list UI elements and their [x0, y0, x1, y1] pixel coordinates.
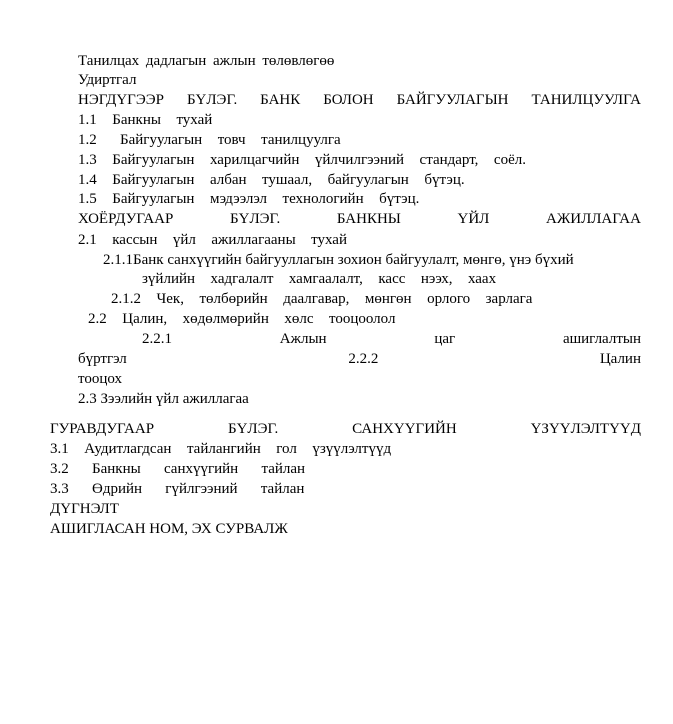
toc-item-1-2: 1.2 Байгуулагын товч танилцуулга: [78, 130, 341, 150]
toc-item-2-3: 2.3 Зээлийн үйл ажиллагаа: [78, 389, 249, 409]
toc-item-1-4: 1.4 Байгуулагын албан тушаал, байгуулагы…: [78, 170, 465, 190]
toc-item-2-1: 2.1 кассын үйл ажиллагааны тухай: [78, 230, 347, 250]
toc-item-2-2-2-continued: тооцох: [78, 369, 122, 389]
chapter3-heading: ГУРАВДУГААР БҮЛЭГ. САНХҮҮГИЙН ҮЗҮҮЛЭЛТҮҮ…: [50, 419, 641, 439]
toc-item-1-1: 1.1 Банкны тухай: [78, 110, 212, 130]
toc-item-3-3: 3.3 Өдрийн гүйлгээний тайлан: [50, 479, 304, 499]
toc-item-3-1: 3.1 Аудитлагдсан тайлангийн гол үзүүлэлт…: [50, 439, 391, 459]
chapter2-heading: ХОЁРДУГААР БҮЛЭГ. БАНКНЫ ҮЙЛ АЖИЛЛАГАА: [78, 209, 641, 229]
chapter1-heading: НЭГДҮГЭЭР БҮЛЭГ. БАНК БОЛОН БАЙГУУЛАГЫН …: [78, 90, 641, 110]
toc-item-2-1-2: 2.1.2 Чек, төлбөрийн даалгавар, мөнгөн о…: [111, 289, 532, 309]
conclusion-heading: ДҮГНЭЛТ: [50, 499, 119, 519]
toc-item-2-2-1: 2.2.1 Ажлын цаг ашиглалтын: [142, 329, 641, 349]
document-title: Танилцах дадлагын ажлын төлөвлөгөө: [78, 51, 334, 71]
introduction-heading: Удиртгал: [78, 70, 136, 90]
toc-item-2-1-1-continued: зүйлийн хадгалалт хамгаалалт, касс нээх,…: [142, 269, 496, 289]
toc-item-1-5: 1.5 Байгуулагын мэдээлэл технологийн бүт…: [78, 189, 419, 209]
references-heading: АШИГЛАСАН НОМ, ЭХ СУРВАЛЖ: [50, 519, 288, 539]
toc-item-3-2: 3.2 Банкны санхүүгийн тайлан: [50, 459, 305, 479]
toc-item-2-2-2: бүртгэл 2.2.2 Цалин: [78, 349, 641, 369]
toc-item-2-2: 2.2 Цалин, хөдөлмөрийн хөлс тооцоолол: [88, 309, 395, 329]
toc-item-1-3: 1.3 Байгуулагын харилцагчийн үйлчилгээни…: [78, 150, 526, 170]
toc-item-2-1-1: 2.1.1Банк санхүүгийн байгууллагын зохион…: [103, 250, 574, 270]
